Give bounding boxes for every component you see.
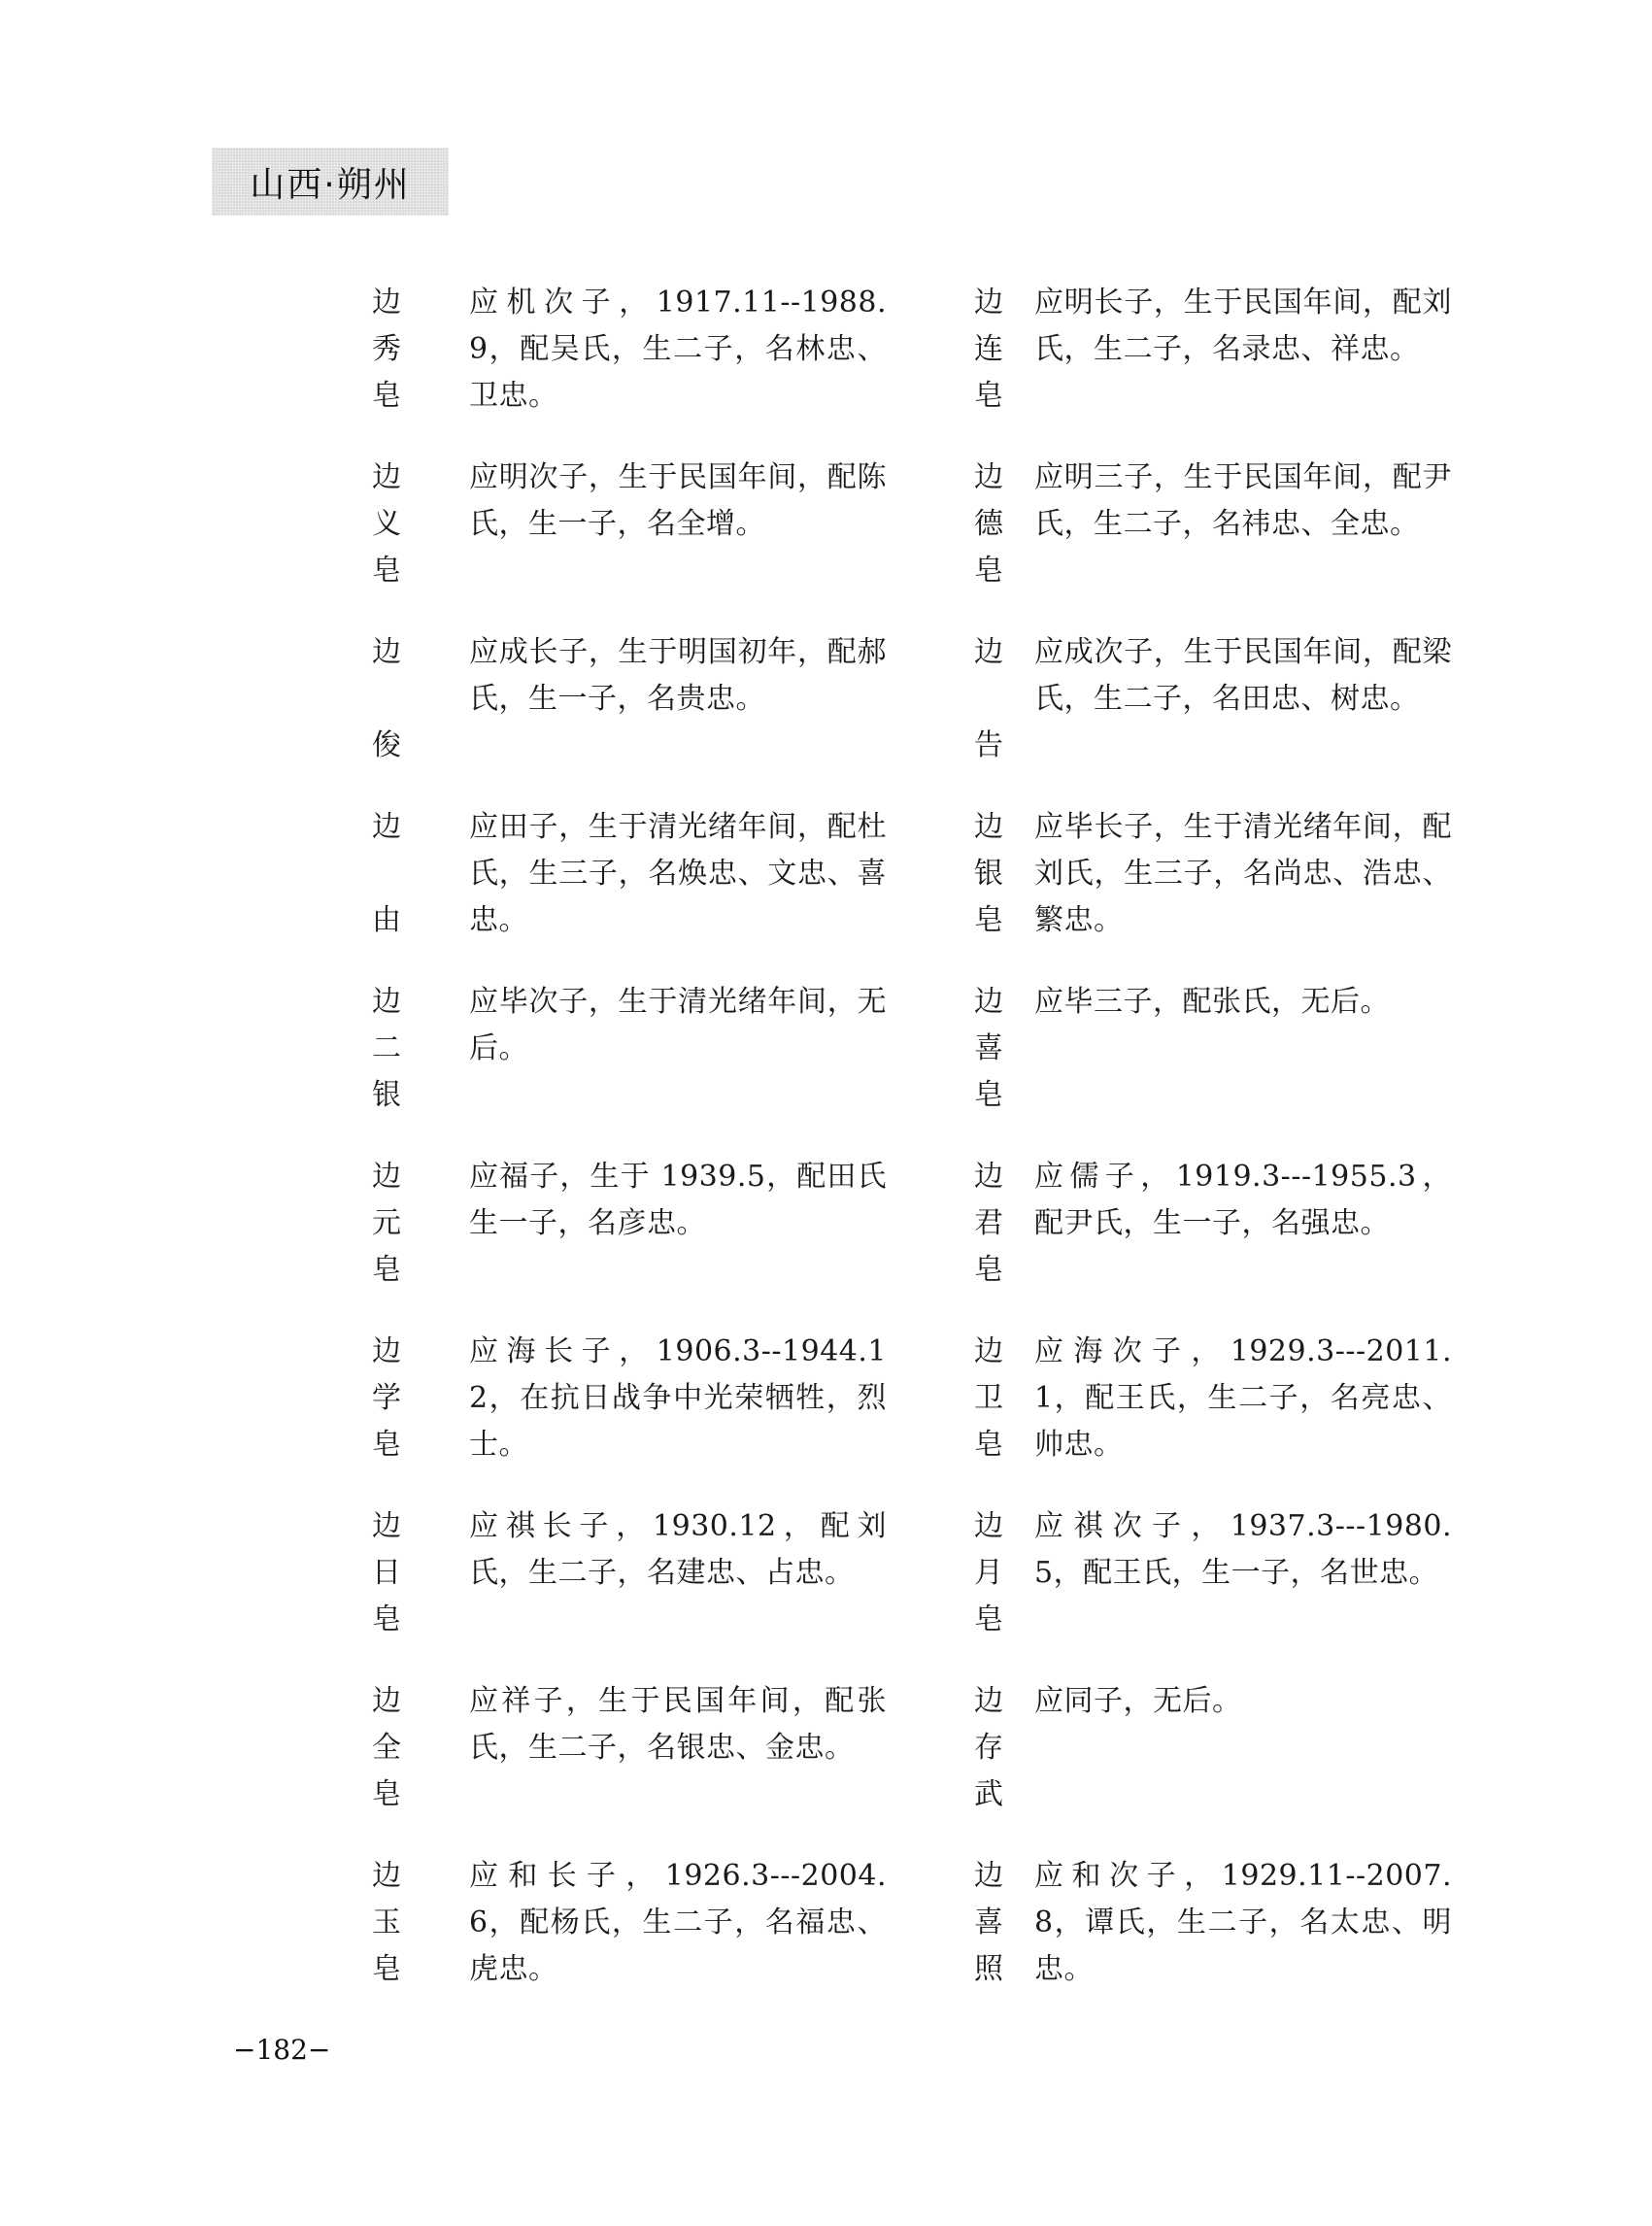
genealogy-entry: 边 银 皂 应毕长子，生于清光绪年间，配刘氏，生三子，名尚忠、浩忠、繁忠。 [974, 804, 1460, 979]
entry-description: 应祺长子，1930.12，配刘氏，生二子，名建忠、占忠。 [469, 1503, 887, 1597]
entry-description: 应同子，无后。 [1034, 1678, 1452, 1725]
entry-description: 应海次子，1929.3---2011.1，配王氏，生二子，名亮忠、帅忠。 [1034, 1329, 1452, 1468]
genealogy-entry: 边 玉 皂 应和长子，1926.3---2004.6，配杨氏，生二子，名福忠、虎… [372, 1853, 974, 2028]
entry-row: 边 玉 皂 应和长子，1926.3---2004.6，配杨氏，生二子，名福忠、虎… [372, 1853, 1460, 2028]
person-name: 边 君 皂 [974, 1154, 1021, 1329]
person-name: 边 学 皂 [372, 1329, 419, 1503]
entry-description: 应毕长子，生于清光绪年间，配刘氏，生三子，名尚忠、浩忠、繁忠。 [1034, 804, 1452, 944]
entry-description: 应海长子，1906.3--1944.12，在抗日战争中光荣牺牲，烈士。 [469, 1329, 887, 1468]
entry-description: 应祺次子，1937.3---1980.5，配王氏，生一子，名世忠。 [1034, 1503, 1452, 1597]
running-header: 山西·朔州 [212, 148, 449, 216]
entry-row: 边 日 皂 应祺长子，1930.12，配刘氏，生二子，名建忠、占忠。 边 月 皂… [372, 1503, 1460, 1678]
entry-description: 应成长子，生于明国初年，配郝氏，生一子，名贵忠。 [469, 629, 887, 723]
person-name: 边 月 皂 [974, 1503, 1021, 1678]
person-name: 边 玉 皂 [372, 1853, 419, 2028]
entry-row: 边 全 皂 应祥子，生于民国年间，配张氏，生二子，名银忠、金忠。 边 存 武 应… [372, 1678, 1460, 1853]
person-name: 边 德 皂 [974, 455, 1021, 629]
entry-description: 应机次子，1917.11--1988.9，配吴氏，生二子，名林忠、卫忠。 [469, 280, 887, 420]
genealogy-entry: 边 学 皂 应海长子，1906.3--1944.12，在抗日战争中光荣牺牲，烈士… [372, 1329, 974, 1503]
genealogy-entry: 边 义 皂 应明次子，生于民国年间，配陈氏，生一子，名全增。 [372, 455, 974, 629]
person-name: 边 秀 皂 [372, 280, 419, 455]
person-name: 边 银 皂 [974, 804, 1021, 979]
person-name: 边 喜 照 [974, 1853, 1021, 2028]
person-name: 边 日 皂 [372, 1503, 419, 1678]
header-title: 山西·朔州 [250, 157, 410, 207]
page-number: −182− [233, 2034, 330, 2066]
genealogy-entry: 边 告 应成次子，生于民国年间，配梁氏，生二子，名田忠、树忠。 [974, 629, 1460, 804]
entry-description: 应毕次子，生于清光绪年间，无后。 [469, 979, 887, 1072]
person-name: 边 告 [974, 629, 1021, 804]
genealogy-entry: 边 连 皂 应明长子，生于民国年间，配刘氏，生二子，名录忠、祥忠。 [974, 280, 1460, 455]
genealogy-entry: 边 喜 皂 应毕三子，配张氏，无后。 [974, 979, 1460, 1154]
entry-row: 边 学 皂 应海长子，1906.3--1944.12，在抗日战争中光荣牺牲，烈士… [372, 1329, 1460, 1503]
entry-row: 边 义 皂 应明次子，生于民国年间，配陈氏，生一子，名全增。 边 德 皂 应明三… [372, 455, 1460, 629]
genealogy-entry: 边 日 皂 应祺长子，1930.12，配刘氏，生二子，名建忠、占忠。 [372, 1503, 974, 1678]
person-name: 边 由 [372, 804, 419, 979]
genealogy-entry: 边 君 皂 应儒子，1919.3---1955.3，配尹氏，生一子，名强忠。 [974, 1154, 1460, 1329]
person-name: 边 全 皂 [372, 1678, 419, 1853]
entry-description: 应成次子，生于民国年间，配梁氏，生二子，名田忠、树忠。 [1034, 629, 1452, 723]
genealogy-entry: 边 月 皂 应祺次子，1937.3---1980.5，配王氏，生一子，名世忠。 [974, 1503, 1460, 1678]
entry-description: 应明三子，生于民国年间，配尹氏，生二子，名祎忠、全忠。 [1034, 455, 1452, 548]
person-name: 边 喜 皂 [974, 979, 1021, 1154]
genealogy-entry: 边 卫 皂 应海次子，1929.3---2011.1，配王氏，生二子，名亮忠、帅… [974, 1329, 1460, 1503]
genealogy-entry: 边 由 应田子，生于清光绪年间，配杜氏，生三子，名焕忠、文忠、喜忠。 [372, 804, 974, 979]
genealogy-entry: 边 全 皂 应祥子，生于民国年间，配张氏，生二子，名银忠、金忠。 [372, 1678, 974, 1853]
entry-row: 边 二 银 应毕次子，生于清光绪年间，无后。 边 喜 皂 应毕三子，配张氏，无后… [372, 979, 1460, 1154]
entry-description: 应和次子，1929.11--2007.8，谭氏，生二子，名太忠、明忠。 [1034, 1853, 1452, 1993]
entry-description: 应祥子，生于民国年间，配张氏，生二子，名银忠、金忠。 [469, 1678, 887, 1771]
entry-description: 应毕三子，配张氏，无后。 [1034, 979, 1452, 1026]
genealogy-entries: 边 秀 皂 应机次子，1917.11--1988.9，配吴氏，生二子，名林忠、卫… [372, 280, 1460, 2028]
entry-description: 应福子，生于 1939.5，配田氏生一子，名彦忠。 [469, 1154, 887, 1247]
genealogy-entry: 边 秀 皂 应机次子，1917.11--1988.9，配吴氏，生二子，名林忠、卫… [372, 280, 974, 455]
genealogy-entry: 边 元 皂 应福子，生于 1939.5，配田氏生一子，名彦忠。 [372, 1154, 974, 1329]
person-name: 边 俊 [372, 629, 419, 804]
genealogy-entry: 边 俊 应成长子，生于明国初年，配郝氏，生一子，名贵忠。 [372, 629, 974, 804]
entry-description: 应明次子，生于民国年间，配陈氏，生一子，名全增。 [469, 455, 887, 548]
entry-description: 应和长子，1926.3---2004.6，配杨氏，生二子，名福忠、虎忠。 [469, 1853, 887, 1993]
entry-row: 边 由 应田子，生于清光绪年间，配杜氏，生三子，名焕忠、文忠、喜忠。 边 银 皂… [372, 804, 1460, 979]
entry-description: 应儒子，1919.3---1955.3，配尹氏，生一子，名强忠。 [1034, 1154, 1452, 1247]
person-name: 边 二 银 [372, 979, 419, 1154]
person-name: 边 元 皂 [372, 1154, 419, 1329]
entry-description: 应明长子，生于民国年间，配刘氏，生二子，名录忠、祥忠。 [1034, 280, 1452, 373]
person-name: 边 存 武 [974, 1678, 1021, 1853]
entry-row: 边 秀 皂 应机次子，1917.11--1988.9，配吴氏，生二子，名林忠、卫… [372, 280, 1460, 455]
person-name: 边 连 皂 [974, 280, 1021, 455]
genealogy-entry: 边 喜 照 应和次子，1929.11--2007.8，谭氏，生二子，名太忠、明忠… [974, 1853, 1460, 2028]
genealogy-entry: 边 存 武 应同子，无后。 [974, 1678, 1460, 1853]
person-name: 边 卫 皂 [974, 1329, 1021, 1503]
entry-row: 边 俊 应成长子，生于明国初年，配郝氏，生一子，名贵忠。 边 告 应成次子，生于… [372, 629, 1460, 804]
entry-description: 应田子，生于清光绪年间，配杜氏，生三子，名焕忠、文忠、喜忠。 [469, 804, 887, 944]
genealogy-entry: 边 二 银 应毕次子，生于清光绪年间，无后。 [372, 979, 974, 1154]
entry-row: 边 元 皂 应福子，生于 1939.5，配田氏生一子，名彦忠。 边 君 皂 应儒… [372, 1154, 1460, 1329]
genealogy-entry: 边 德 皂 应明三子，生于民国年间，配尹氏，生二子，名祎忠、全忠。 [974, 455, 1460, 629]
person-name: 边 义 皂 [372, 455, 419, 629]
